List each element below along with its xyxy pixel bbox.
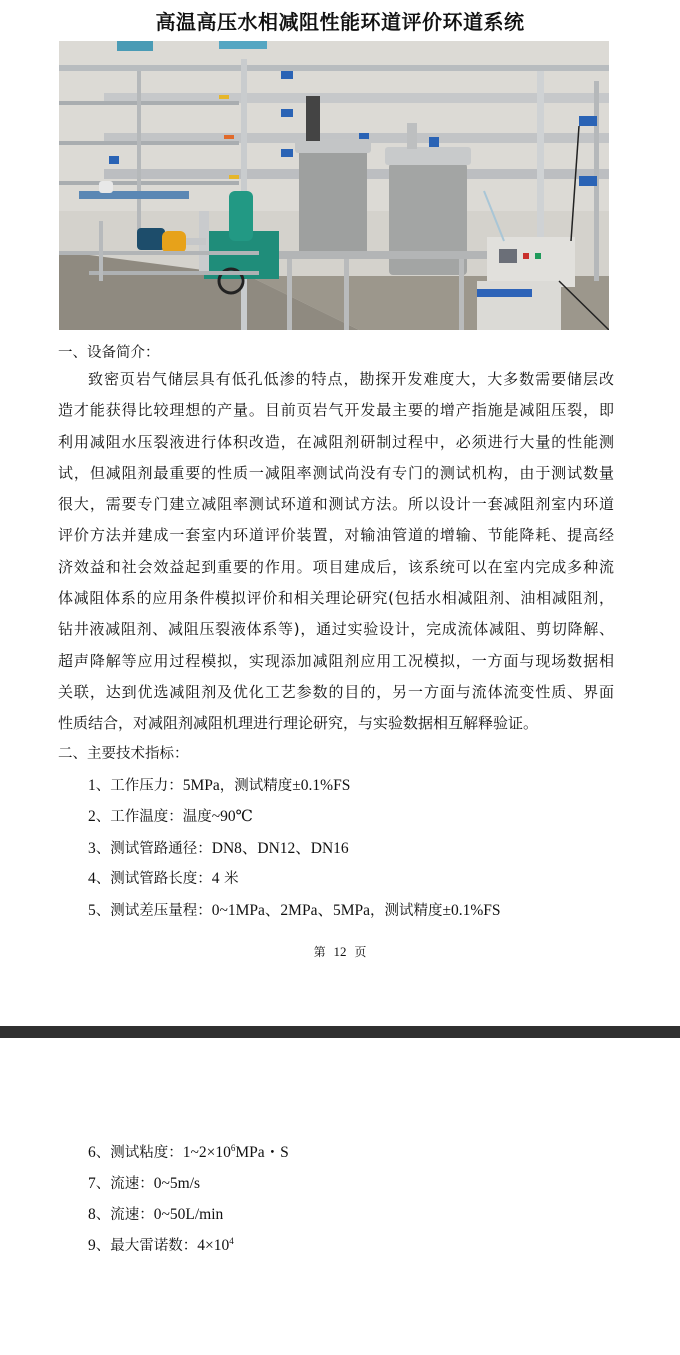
- page-separator: [0, 1026, 680, 1038]
- document-page-12: 高温高压水相减阻性能环道评价环道系统: [0, 0, 680, 1026]
- paragraph-line: 很大，需要专门建立减阻率测试环道和测试方法。所以设计一套减阻剂室内环道: [58, 489, 614, 520]
- spec-item: 6、测试粘度：1~2×106MPa・S: [88, 1140, 289, 1162]
- spec-item: 9、最大雷诺数：4×104: [88, 1234, 234, 1255]
- paragraph-line: 造才能获得比较理想的产量。目前页岩气开发最主要的增产指施是减阻压裂，即: [58, 395, 614, 426]
- paragraph-line: 超声降解等应用过程模拟，实现添加减阻剂应用工况模拟，一方面与现场数据相: [58, 646, 614, 677]
- document-title: 高温高压水相减阻性能环道评价环道系统: [0, 6, 680, 35]
- paragraph-line: 评价方法并建成一套室内环道评价装置，对输油管道的增输、节能降耗、提高经: [58, 520, 614, 551]
- paragraph-line: 致密页岩气储层具有低孔低渗的特点，勘探开发难度大，大多数需要储层改: [58, 364, 614, 395]
- document-page-13: 6、测试粘度：1~2×106MPa・S 7、流速：0~5m/s 8、流速：0~5…: [0, 1038, 680, 1355]
- spec-item: 5、测试差压量程：0~1MPa、2MPa、5MPa，测试精度±0.1%FS: [88, 898, 501, 920]
- paragraph-line: 利用减阻水压裂液进行体积改造，在减阻剂研制过程中，必须进行大量的性能测: [58, 427, 614, 458]
- spec-item: 3、测试管路通径：DN8、DN12、DN16: [88, 836, 349, 858]
- paragraph-line: 体减阻体系的应用条件模拟评价和相关理论研究(包括水相减阻剂、油相减阻剂，: [58, 583, 614, 614]
- spec-item: 4、测试管路长度：4 米: [88, 867, 239, 888]
- paragraph-line: 试，但减阻剂最重要的性质一减阻率测试尚没有专门的测试机构，由于测试数量: [58, 458, 614, 489]
- section-heading-introduction: 一、设备简介：: [58, 341, 160, 362]
- spec-item: 1、工作压力：5MPa，测试精度±0.1%FS: [88, 774, 350, 795]
- spec-item: 2、工作温度：温度~90℃: [88, 805, 253, 826]
- introduction-paragraph: 致密页岩气储层具有低孔低渗的特点，勘探开发难度大，大多数需要储层改 造才能获得比…: [58, 364, 614, 740]
- equipment-photo: [59, 41, 609, 330]
- paragraph-line: 性质结合，对减阻剂减阻机理进行理论研究，与实验数据相互解释验证。: [58, 708, 614, 739]
- paragraph-line: 钻井液减阻剂、减阻压裂液体系等)，通过实验设计，完成流体减阻、剪切降解、: [58, 614, 614, 645]
- spec-item: 8、流速：0~50L/min: [88, 1203, 223, 1224]
- paragraph-line: 济效益和社会效益起到重要的作用。项目建成后，该系统可以在室内完成多种流: [58, 552, 614, 583]
- spec-item: 7、流速：0~5m/s: [88, 1172, 200, 1193]
- page-number: 第 12 页: [0, 943, 680, 960]
- section-heading-specs: 二、主要技术指标：: [58, 742, 189, 763]
- paragraph-line: 关联，达到优选减阻剂及优化工艺参数的目的，另一方面与流体流变性质、界面: [58, 677, 614, 708]
